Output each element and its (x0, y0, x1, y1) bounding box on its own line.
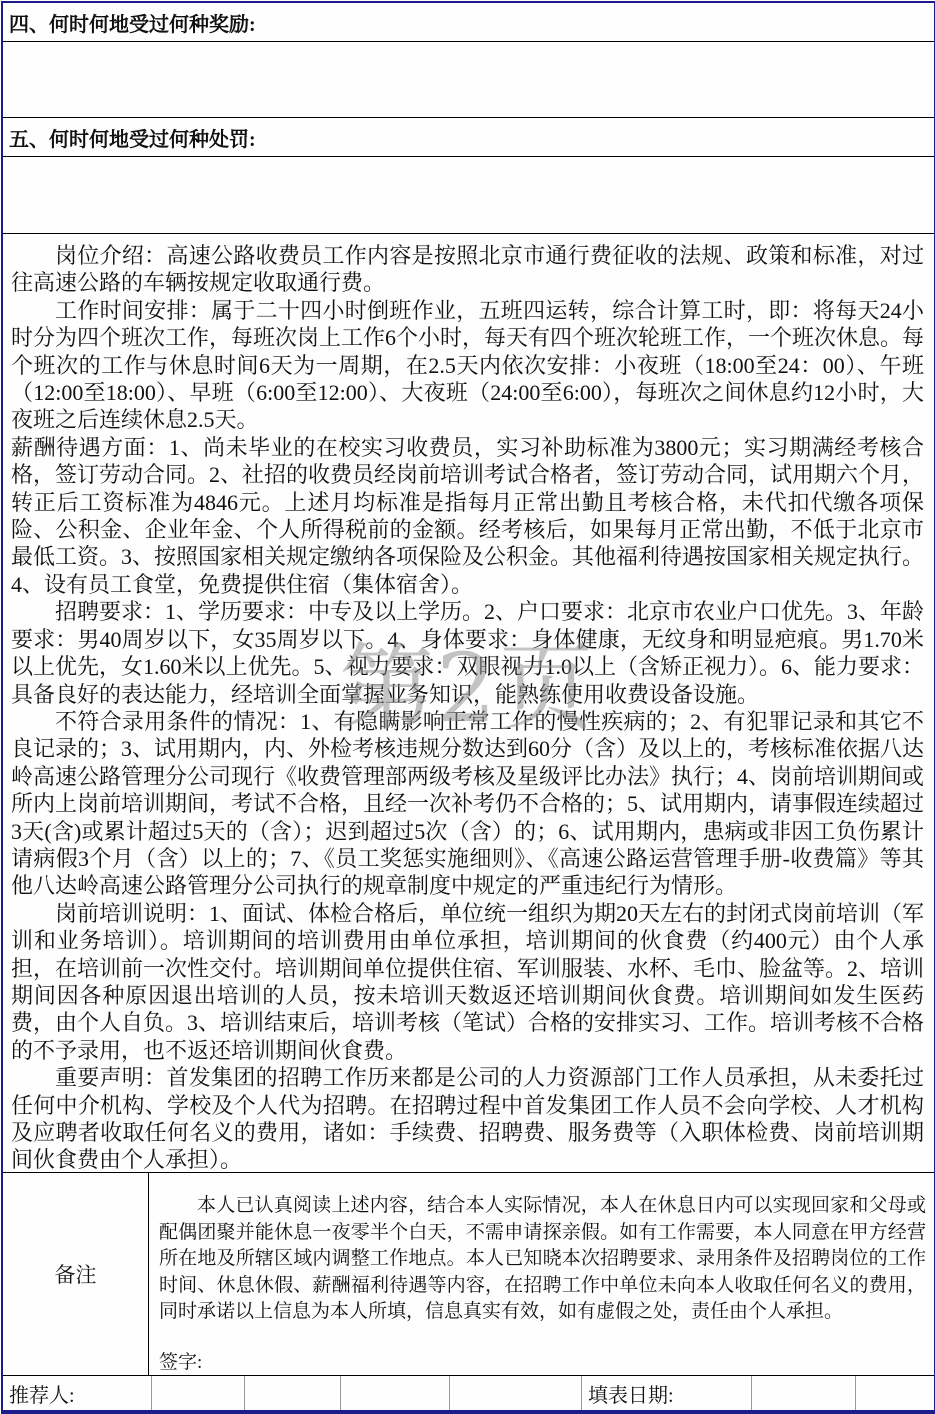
signature-label: 签字: (159, 1350, 926, 1376)
paragraph-disqualification: 不符合录用条件的情况：1、有隐瞒影响正常工作的慢性疾病的；2、有犯罪记录和其它不… (11, 708, 924, 900)
remarks-declaration-text: 本人已认真阅读上述内容，结合本人实际情况，本人在休息日内可以实现回家和父母或配偶… (159, 1193, 926, 1326)
remarks-content: 本人已认真阅读上述内容，结合本人实际情况，本人在休息日内可以实现回家和父母或配偶… (149, 1173, 934, 1375)
paragraph-work-schedule: 工作时间安排：属于二十四小时倒班作业，五班四运转，综合计算工时，即：将每天24小… (11, 297, 924, 434)
remarks-row: 备注 本人已认真阅读上述内容，结合本人实际情况，本人在休息日内可以实现回家和父母… (3, 1173, 934, 1376)
recommender-entry-cell-2[interactable] (244, 1376, 340, 1410)
paragraph-important-notice: 重要声明：首发集团的招聘工作历来都是公司的人力资源部门工作人员承担，从未委托过任… (11, 1064, 924, 1173)
punishments-entry-area[interactable] (3, 157, 934, 234)
section-awards-header: 四、何时何地受过何种奖励: (3, 3, 934, 42)
recommender-entry-cell-4[interactable] (449, 1376, 581, 1410)
paragraph-salary-benefits: 薪酬待遇方面：1、尚未毕业的在校实习收费员，实习补助标准为3800元；实习期满经… (11, 434, 924, 598)
footer-row: 推荐人: 填表日期: (3, 1376, 934, 1410)
fill-date-label: 填表日期: (581, 1376, 751, 1410)
paragraph-training: 岗前培训说明：1、面试、体检合格后，单位统一组织为期20天左右的封闭式岗前培训（… (11, 900, 924, 1064)
fill-date-entry-cell-1[interactable] (751, 1376, 855, 1410)
job-information-cell: 第2页 岗位介绍：高速公路收费员工作内容是按照北京市通行费征收的法规、政策和标准… (3, 234, 934, 1173)
recommender-label: 推荐人: (3, 1376, 151, 1410)
remarks-label: 备注 (3, 1173, 149, 1375)
paragraph-requirements: 招聘要求：1、学历要求：中专及以上学历。2、户口要求：北京市农业户口优先。3、年… (11, 598, 924, 708)
application-form-page: 四、何时何地受过何种奖励: 五、何时何地受过何种处罚: 第2页 岗位介绍：高速公… (1, 1, 935, 1414)
awards-entry-area[interactable] (3, 42, 934, 118)
paragraph-job-intro: 岗位介绍：高速公路收费员工作内容是按照北京市通行费征收的法规、政策和标准，对过往… (11, 242, 924, 297)
fill-date-entry-cell-2[interactable] (855, 1376, 934, 1410)
recommender-entry-cell-1[interactable] (151, 1376, 244, 1410)
recommender-entry-cell-3[interactable] (340, 1376, 449, 1410)
section-punishments-header: 五、何时何地受过何种处罚: (3, 118, 934, 157)
